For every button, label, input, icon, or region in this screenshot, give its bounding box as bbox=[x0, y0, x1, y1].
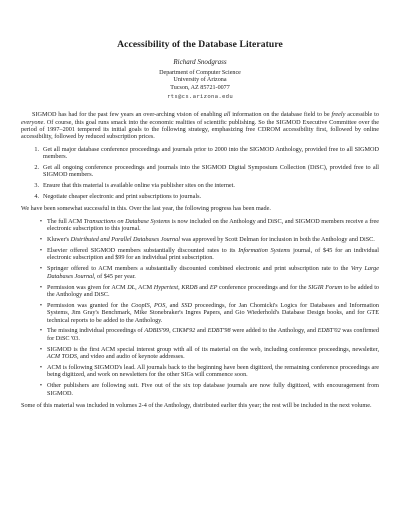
progress-item-text: The missing individual proceedings of AD… bbox=[47, 327, 379, 342]
progress-item: • Permission was granted for the CoopIS,… bbox=[21, 302, 379, 324]
affiliation-line-university: University of Arizona bbox=[21, 77, 379, 84]
bullet-icon: • bbox=[21, 382, 47, 397]
page-title: Accessibility of the Database Literature bbox=[21, 39, 379, 50]
bullet-icon: • bbox=[21, 247, 47, 262]
progress-item-text: Springer offered to ACM members a substa… bbox=[47, 265, 379, 280]
list-number: 4. bbox=[21, 193, 43, 200]
list-number: 1. bbox=[21, 146, 43, 161]
progress-item: • The full ACM Transactions on Database … bbox=[21, 218, 379, 233]
bullet-icon: • bbox=[21, 218, 47, 233]
progress-item-text: The full ACM Transactions on Database Sy… bbox=[47, 218, 379, 233]
affiliation-block: Department of Computer Science Universit… bbox=[21, 70, 379, 92]
intro-paragraph: SIGMOD has had for the past few years an… bbox=[21, 111, 379, 140]
strategy-item-text: Ensure that this material is available o… bbox=[43, 182, 379, 189]
strategy-item: 1. Get all major database conference pro… bbox=[21, 146, 379, 161]
bullet-icon: • bbox=[21, 236, 47, 243]
progress-item-text: Permission was given for ACM DL, ACM Hyp… bbox=[47, 284, 379, 299]
progress-item-text: Permission was granted for the CoopIS, P… bbox=[47, 302, 379, 324]
strategy-item: 4. Negotiate cheaper electronic and prin… bbox=[21, 193, 379, 200]
progress-intro-paragraph: We have been somewhat successful in this… bbox=[21, 205, 379, 212]
paper-page: Accessibility of the Database Literature… bbox=[0, 0, 400, 518]
progress-item-text: ACM is following SIGMOD's lead. All jour… bbox=[47, 364, 379, 379]
strategy-item: 2. Get all ongoing conference proceeding… bbox=[21, 164, 379, 179]
progress-item: • The missing individual proceedings of … bbox=[21, 327, 379, 342]
progress-item-text: Other publishers are following suit. Fiv… bbox=[47, 382, 379, 397]
bullet-icon: • bbox=[21, 284, 47, 299]
strategy-item: 3. Ensure that this material is availabl… bbox=[21, 182, 379, 189]
progress-list: • The full ACM Transactions on Database … bbox=[21, 218, 379, 397]
progress-item-text: Kluwer's Distributed and Parallel Databa… bbox=[47, 236, 379, 243]
progress-item: • Kluwer's Distributed and Parallel Data… bbox=[21, 236, 379, 243]
progress-item: • SIGMOD is the first ACM special intere… bbox=[21, 346, 379, 361]
strategy-item-text: Get all ongoing conference proceedings a… bbox=[43, 164, 379, 179]
progress-item: • Other publishers are following suit. F… bbox=[21, 382, 379, 397]
strategy-item-text: Negotiate cheaper electronic and print s… bbox=[43, 193, 379, 200]
strategy-list: 1. Get all major database conference pro… bbox=[21, 146, 379, 201]
progress-item: • ACM is following SIGMOD's lead. All jo… bbox=[21, 364, 379, 379]
list-number: 3. bbox=[21, 182, 43, 189]
bullet-icon: • bbox=[21, 302, 47, 324]
bullet-icon: • bbox=[21, 364, 47, 379]
progress-item-text: Elsevier offered SIGMOD members substant… bbox=[47, 247, 379, 262]
bullet-icon: • bbox=[21, 265, 47, 280]
author-name: Richard Snodgrass bbox=[21, 58, 379, 66]
progress-item: • Springer offered to ACM members a subs… bbox=[21, 265, 379, 280]
email-address: rts@cs.arizona.edu bbox=[21, 94, 379, 100]
bullet-icon: • bbox=[21, 346, 47, 361]
affiliation-line-city: Tucson, AZ 85721-0077 bbox=[21, 85, 379, 92]
closing-paragraph: Some of this material was included in vo… bbox=[21, 402, 379, 409]
bullet-icon: • bbox=[21, 327, 47, 342]
list-number: 2. bbox=[21, 164, 43, 179]
progress-item: • Permission was given for ACM DL, ACM H… bbox=[21, 284, 379, 299]
progress-item: • Elsevier offered SIGMOD members substa… bbox=[21, 247, 379, 262]
progress-item-text: SIGMOD is the first ACM special interest… bbox=[47, 346, 379, 361]
strategy-item-text: Get all major database conference procee… bbox=[43, 146, 379, 161]
